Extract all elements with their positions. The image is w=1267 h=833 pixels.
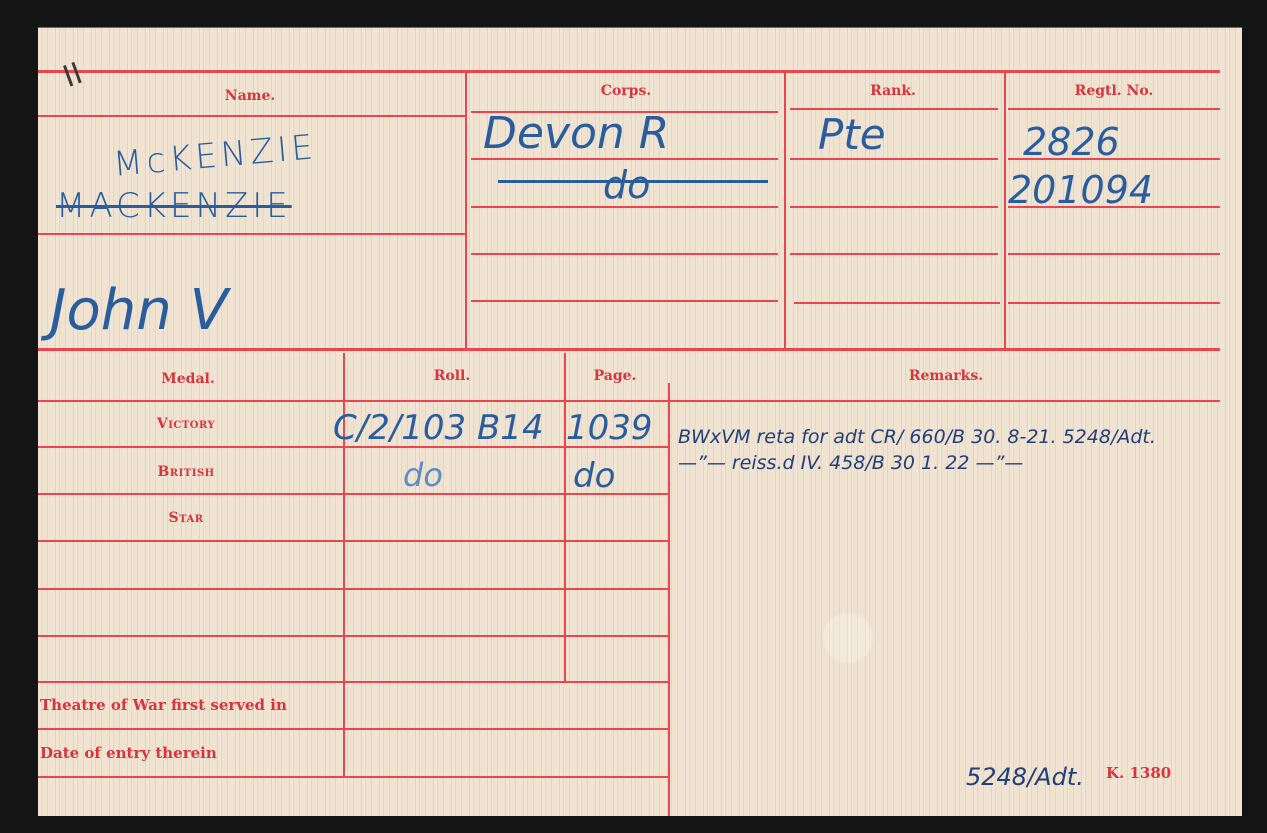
medal-label-british: British: [157, 464, 214, 480]
rank-line-3: [790, 206, 998, 208]
theatre-label: Theatre of War first served in: [40, 696, 287, 714]
medal-label-victory: Victory: [157, 416, 215, 432]
medal-header-line: [38, 400, 1220, 402]
name-header: Name.: [225, 88, 275, 104]
surname-struck: MACKENZIE: [56, 186, 292, 226]
victory-page: 1039: [566, 408, 653, 448]
name-header-line: [38, 115, 465, 117]
british-roll: do: [403, 456, 443, 494]
footer-reference: 5248/Adt.: [966, 763, 1084, 791]
rank-value: Pte: [818, 110, 886, 159]
british-page: do: [573, 456, 615, 496]
roll-page-divider: [564, 353, 566, 683]
rank-header: Rank.: [870, 83, 916, 99]
form-number: K. 1380: [1106, 764, 1171, 782]
regtl-line-5: [1008, 302, 1220, 304]
name-corps-divider: [465, 73, 467, 348]
medal-header: Medal.: [161, 371, 214, 387]
roll-header: Roll.: [434, 368, 470, 384]
victory-roll: C/2/103 B14: [333, 408, 544, 448]
medal-row-line-3: [38, 540, 668, 542]
theatre-row-line: [38, 728, 668, 730]
paper-watermark: [823, 613, 873, 663]
section-divider-line: [38, 348, 1220, 351]
rank-line-4: [790, 253, 998, 255]
regtl-no-header: Regtl. No.: [1075, 83, 1154, 99]
regtl-line-4: [1008, 253, 1220, 255]
surname: McKENZIE: [112, 127, 319, 185]
medal-row-line-5: [38, 635, 668, 637]
remarks-line-1: BWxVM reta for adt CR/ 660/B 30. 8-21. 5…: [678, 426, 1156, 448]
corps-line-5: [471, 300, 778, 302]
date-entry-label: Date of entry therein: [40, 744, 217, 762]
corps-rank-divider: [784, 73, 786, 348]
regtl-no-1: 2826: [1023, 120, 1120, 164]
name-row-line: [38, 233, 465, 235]
top-border-line: [38, 70, 1220, 73]
bottom-table-line: [38, 776, 668, 778]
page-remarks-divider: [668, 383, 670, 816]
page-header: Page.: [594, 368, 637, 384]
corps-header: Corps.: [601, 83, 651, 99]
regtl-no-2: 201094: [1008, 168, 1153, 212]
corps-line-4: [471, 253, 778, 255]
rank-regtl-divider: [1004, 73, 1006, 348]
corps-ditto-line: [498, 180, 768, 183]
regtl-line-1: [1008, 108, 1220, 110]
forenames: John V: [50, 278, 228, 343]
remarks-header: Remarks.: [909, 368, 983, 384]
medal-row-line-4: [38, 588, 668, 590]
medal-row-line-6: [38, 681, 668, 683]
corps-value-1: Devon R: [483, 108, 669, 159]
remarks-line-2: —”— reiss.d IV. 458/B 30 1. 22 —”—: [678, 452, 1023, 474]
corps-value-2: do: [603, 163, 650, 207]
pencil-mark: II: [59, 56, 88, 95]
rank-line-5: [794, 302, 1000, 304]
medal-label-star: Star: [168, 510, 203, 526]
medal-index-card: Name. Corps. Rank. Regtl. No. Medal. Rol…: [38, 27, 1242, 816]
